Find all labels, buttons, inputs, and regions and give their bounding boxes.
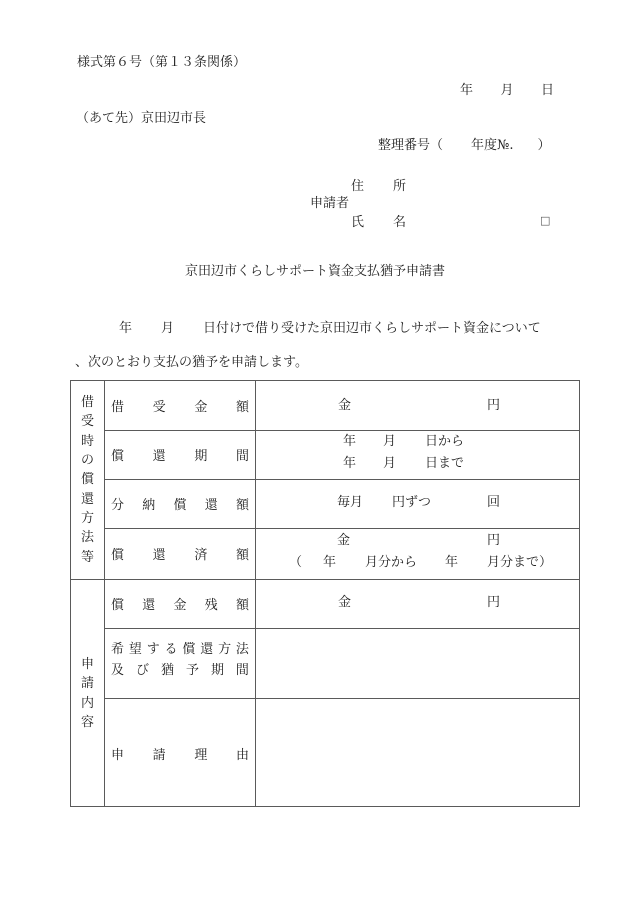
date-month: 月 [500,84,513,97]
body-text-line1: 年月日付けで借り受けた京田辺市くらしサポート資金について [119,322,541,335]
loan-amount-field[interactable]: 金 円 [255,381,581,430]
addressee: （あて先）京田辺市長 [76,112,206,125]
name-label: 氏名 [351,216,435,229]
date-day: 日 [541,84,554,97]
row-label-repayment-period: 償 還 期 間 [111,430,249,479]
row-label-amount-repaid: 償 還 済 額 [111,528,249,579]
document-title: 京田辺市くらしサポート資金支払猶予申請書 [0,265,630,278]
form-number: 様式第６号（第１３条関係） [77,56,246,69]
date-year: 年 [460,84,473,97]
row-label-remaining-balance: 償 還 金 残 額 [111,579,249,628]
remaining-balance-field[interactable]: 金 円 [255,579,581,628]
application-table: 借 受 時 の 償 還 方 法 等 借 受 金 額 金 円 償 還 期 間 年 … [70,380,580,807]
row-label-desired-method-and-period: 希 望 す る 償 還 方 法 及 び 猶 予 期 間 [111,628,249,698]
desired-method-and-period-field[interactable] [255,628,581,698]
body-text-line2: 、次のとおり支払の猶予を申請します。 [75,356,308,369]
repayment-period-field[interactable]: 年 月 日から 年 月 日まで [255,430,581,479]
installment-amount-field[interactable]: 毎月 円ずつ 回 [255,479,581,528]
row-label-loan-amount: 借 受 金 額 [111,381,249,430]
seal-icon: □ [540,215,550,226]
reference-label: 整理番号（ [378,138,443,153]
reference-year-no: 年度№. [471,138,513,153]
application-reason-field[interactable] [255,698,581,808]
group-label-application-details: 申 請 内 容 [71,579,104,808]
table-divider [104,381,105,806]
reference-number: 整理番号（年度№.） [378,139,550,152]
applicant-label: 申請者 [310,197,349,210]
address-label: 住所 [351,180,435,193]
date-line: 年 月 日 [460,84,554,97]
row-label-application-reason: 申 請 理 由 [111,698,249,808]
amount-repaid-field[interactable]: 金 円 （ 年 月分から 年 月分まで） [255,528,581,579]
row-label-installment-amount: 分 納 償 還 額 [111,479,249,528]
group-label-loan-terms: 借 受 時 の 償 還 方 法 等 [71,381,104,579]
